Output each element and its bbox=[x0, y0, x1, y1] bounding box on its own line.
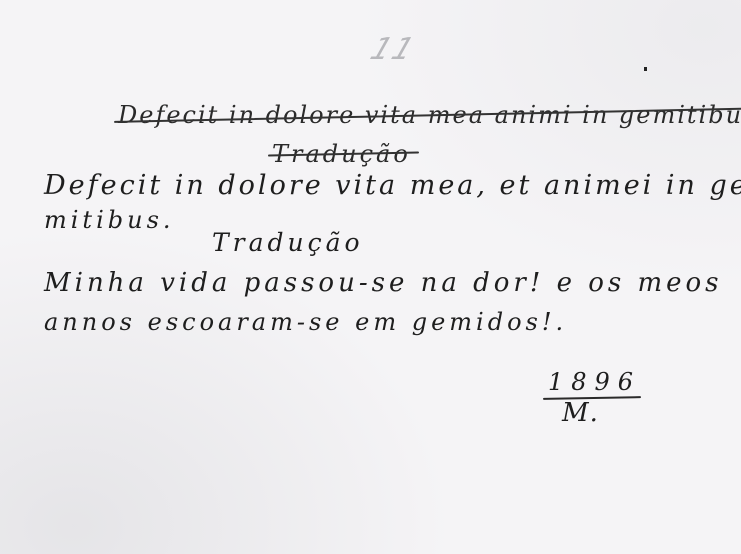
translation-heading: Tradução bbox=[212, 228, 364, 257]
struck-latin-line: Defecit in dolore vita mea animi in gemi… bbox=[118, 101, 741, 129]
struck-text: Defecit in dolore vita mea animi in gemi… bbox=[118, 101, 741, 129]
signature: M. bbox=[562, 398, 599, 428]
date-year: 1896 bbox=[548, 368, 641, 396]
translation-line-2: annos escoaram-se em gemidos!. bbox=[44, 308, 567, 336]
ink-mark bbox=[644, 67, 647, 71]
struck-heading: Tradução bbox=[272, 140, 411, 168]
translation-line-1: Minha vida passou-se na dor! e os meos bbox=[44, 268, 723, 298]
manuscript-page: 11 Defecit in dolore vita mea animi in g… bbox=[0, 0, 741, 554]
latin-text-line-2: mitibus. bbox=[44, 206, 175, 234]
page-number: 11 bbox=[366, 32, 421, 67]
latin-text-line-1: Defecit in dolore vita mea, et animei in… bbox=[44, 170, 741, 201]
struck-text: Tradução bbox=[272, 140, 411, 168]
